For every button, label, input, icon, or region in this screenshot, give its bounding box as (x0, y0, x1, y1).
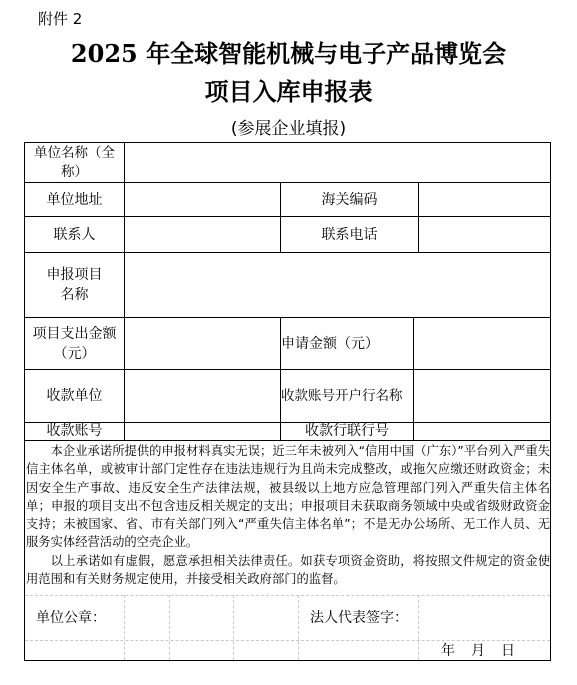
page-title: 2025 年全球智能机械与电子产品博览会 (0, 34, 577, 69)
payee-field[interactable] (125, 370, 280, 422)
payee-bank-name-field[interactable] (414, 370, 550, 422)
payee-bank-name-label: 收款账号开户行名称 (281, 370, 413, 422)
requested-amount-label: 申请金额（元） (281, 318, 413, 369)
company-seal-label: 单位公章： (36, 596, 124, 640)
date-day-label: 日 (501, 641, 515, 661)
pledge-paragraph-2: 以上承诺如有虚假，愿意承担相关法律责任。如获专项资金资助，将按照文件规定的资金使… (26, 552, 550, 589)
project-expense-field[interactable] (125, 318, 280, 369)
contact-person-label: 联系人 (25, 217, 124, 252)
pledge-text: 本企业承诺所提供的申报材料真实无误；近三年未被列入“信用中国（广东）”平台列入严… (26, 442, 550, 588)
payee-account-field[interactable] (125, 423, 280, 440)
company-address-field[interactable] (125, 183, 280, 216)
company-name-label: 单位名称（全称） (25, 143, 124, 182)
project-expense-label: 项目支出金额 （元） (25, 318, 124, 369)
payee-label: 收款单位 (25, 370, 124, 422)
project-name-field[interactable] (125, 253, 550, 317)
pledge-paragraph-1: 本企业承诺所提供的申报材料真实无误；近三年未被列入“信用中国（广东）”平台列入严… (26, 442, 550, 552)
date-year-label: 年 (441, 641, 455, 661)
company-name-field[interactable] (125, 143, 550, 182)
contact-phone-label: 联系电话 (281, 217, 418, 252)
signature-grid-line (298, 595, 299, 660)
company-seal-area[interactable] (125, 596, 297, 640)
bank-code-label: 收款行联行号 (281, 423, 413, 440)
page-subtitle: (参展企业填报) (0, 114, 577, 139)
contact-phone-field[interactable] (419, 217, 550, 252)
page-title-line2: 项目入库申报表 (0, 72, 577, 107)
payee-account-label: 收款账号 (25, 423, 124, 440)
attachment-label: 附件 2 (38, 8, 82, 29)
customs-code-label: 海关编码 (281, 183, 418, 216)
bank-code-field[interactable] (414, 423, 550, 440)
legal-representative-signature-field[interactable] (419, 596, 550, 640)
company-address-label: 单位地址 (25, 183, 124, 216)
row-divider (24, 440, 551, 441)
date-month-label: 月 (471, 641, 485, 661)
customs-code-field[interactable] (419, 183, 550, 216)
requested-amount-field[interactable] (414, 318, 550, 369)
project-name-label: 申报项目 名称 (25, 253, 124, 317)
signature-date[interactable]: 年 月 日 (419, 641, 550, 660)
legal-representative-label: 法人代表签字： (310, 596, 418, 640)
contact-person-field[interactable] (125, 217, 280, 252)
